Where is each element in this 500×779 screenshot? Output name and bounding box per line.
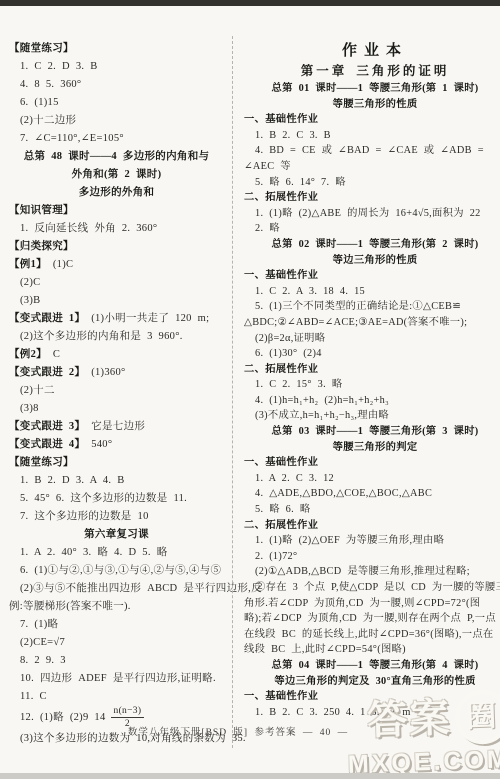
answer-line: 【例1】 (1)C: [9, 256, 224, 274]
answer-line: △BDC;②∠ABD=∠ACE;③AE=AD(答案不唯一);: [244, 315, 500, 331]
answer-line: 总第 03 课时——1 等腰三角形(第 3 课时): [244, 424, 500, 440]
answer-line: 一、基础性作业: [244, 455, 500, 471]
answer-line: 1. B 2. C 3. 250 4. 1 5. 21 m: [244, 705, 500, 721]
answer-line: 【随堂练习】: [9, 454, 224, 472]
answer-line: 【变式跟进 4】 540°: [9, 436, 224, 454]
answer-line: 总第 02 课时——1 等腰三角形(第 2 课时): [244, 237, 500, 253]
answer-line: (2)十二: [9, 382, 224, 400]
answer-line: 外角和(第 2 课时): [9, 166, 224, 184]
answer-line: 1. B 2. D 3. A 4. B: [9, 472, 224, 490]
answer-line: 1. (1)略 (2)△OEF 为等腰三角形,理由略: [244, 533, 500, 549]
answer-line: 1. C 2. A 3. 18 4. 15: [244, 284, 500, 300]
answer-line: 7. 这个多边形的边数是 10: [9, 508, 224, 526]
answer-line: (2)①△ADB,△BCD 是等腰三角形,推理过程略;: [244, 564, 500, 580]
answer-line: 总第 01 课时——1 等腰三角形(第 1 课时): [244, 81, 500, 97]
two-column-layout: 【随堂练习】1. C 2. D 3. B4. 8 5. 360°6. (1)15…: [0, 6, 500, 748]
answer-line: 5. (1)三个不同类型的正确结论是:①△CEB≌: [244, 299, 500, 315]
answer-line: 【归类探究】: [9, 238, 224, 256]
answer-line: 一、基础性作业: [244, 689, 500, 705]
answer-line: 作业本: [244, 40, 500, 62]
answer-line: 1. A 2. 40° 3. 略 4. D 5. 略: [9, 544, 224, 562]
answer-line: 线段 BC 上,此时∠CPD=54°(图略): [244, 642, 500, 658]
answer-line: 等边三角形的判定及 30°直角三角形的性质: [244, 674, 500, 690]
answer-line: 5. 略 6. 14° 7. 略: [244, 175, 500, 191]
answer-line: 1. C 2. D 3. B: [9, 58, 224, 76]
answer-line: 4. (1)h=h₁+h₂ (2)h=h₁+h₂+h₃: [244, 393, 500, 409]
answer-line: (3)B: [9, 292, 224, 310]
answer-line: 【变式跟进 3】 它是七边形: [9, 418, 224, 436]
answer-line: ②存在 3 个点 P,使△CDP 是以 CD 为一腰的等腰三: [244, 580, 500, 596]
answer-line: 第六章复习课: [9, 526, 224, 544]
answer-line: 2. (1)72°: [244, 549, 500, 565]
answer-line: (2)十二边形: [9, 112, 224, 130]
answer-line: (3)不成立,h=h₁+h₂−h₃,理由略: [244, 408, 500, 424]
answer-line: 11. C: [9, 688, 224, 706]
answer-line: (3)8: [9, 400, 224, 418]
answer-line: 1. C 2. 15° 3. 略: [244, 377, 500, 393]
answer-line: 4. BD = CE 或 ∠BAD = ∠CAE 或 ∠ADB =: [244, 143, 500, 159]
answer-line: 1. A 2. C 3. 12: [244, 471, 500, 487]
answer-line: 6. (1)①与②,①与③,①与④,②与⑤,④与⑤: [9, 562, 224, 580]
answer-line: 1. 反向延长线 外角 2. 360°: [9, 220, 224, 238]
answer-line: 6. (1)15: [9, 94, 224, 112]
answer-line: 8. 2 9. 3: [9, 652, 224, 670]
answer-line: ∠AEC 等: [244, 159, 500, 175]
left-column: 【随堂练习】1. C 2. D 3. B4. 8 5. 360°6. (1)15…: [0, 36, 232, 748]
answer-line: 2. 略: [244, 221, 500, 237]
answer-line: 角形.若∠CDP 为顶角,CD 为一腰,则∠CPD=72°(图: [244, 596, 500, 612]
answer-line: 第一章 三角形的证明: [244, 62, 500, 81]
answer-line: 等腰三角形的判定: [244, 440, 500, 456]
answer-book-page: 【随堂练习】1. C 2. D 3. B4. 8 5. 360°6. (1)15…: [0, 0, 500, 779]
answer-line: (2)C: [9, 274, 224, 292]
answer-line: (2)β=2α,证明略: [244, 331, 500, 347]
answer-line: 二、拓展性作业: [244, 518, 500, 534]
scan-bottom-edge: [0, 773, 500, 779]
answer-line: 在线段 BC 的延长线上,此时∠CPD=36°(图略),一点在: [244, 627, 500, 643]
answer-line: 例:等腰梯形(答案不唯一).: [9, 598, 224, 616]
answer-line: (2)这个多边形的内角和是 3 960°.: [9, 328, 224, 346]
answer-line: 等腰三角形的性质: [244, 97, 500, 113]
right-column: 作业本第一章 三角形的证明总第 01 课时——1 等腰三角形(第 1 课时)等腰…: [232, 36, 500, 748]
answer-line: 10. 四边形 ADEF 是平行四边形,证明略.: [9, 670, 224, 688]
answer-line: 【例2】 C: [9, 346, 224, 364]
answer-line: 7. (1)略: [9, 616, 224, 634]
answer-line: 多边形的外角和: [9, 184, 224, 202]
answer-line: 二、拓展性作业: [244, 362, 500, 378]
page-footer: 数学八年级下册[BSD 版] 参考答案 — 40 —: [0, 724, 488, 738]
answer-line: (2)③与⑤不能推出四边形 ABCD 是平行四边形,反: [9, 580, 224, 598]
answer-line: 【变式跟进 1】 (1)小明一共走了 120 m;: [9, 310, 224, 328]
answer-line: 1. B 2. C 3. B: [244, 128, 500, 144]
answer-line: 【变式跟进 2】 (1)360°: [9, 364, 224, 382]
answer-line: 6. (1)30° (2)4: [244, 346, 500, 362]
answer-line: 总第 48 课时——4 多边形的内角和与: [9, 148, 224, 166]
answer-line: 一、基础性作业: [244, 112, 500, 128]
answer-line: (2)CE=√7: [9, 634, 224, 652]
answer-line: 二、拓展性作业: [244, 190, 500, 206]
answer-line: 7. ∠C=110°,∠E=105°: [9, 130, 224, 148]
answer-line: 一、基础性作业: [244, 268, 500, 284]
answer-line: 4. △ADE,△BDO,△COE,△BOC,△ABC: [244, 486, 500, 502]
answer-line: 略);若∠DCP 为顶角,CD 为一腰,则存在两个点 P,一点: [244, 611, 500, 627]
answer-line: 5. 45° 6. 这个多边形的边数是 11.: [9, 490, 224, 508]
answer-line: 5. 略 6. 略: [244, 502, 500, 518]
answer-line: 1. (1)略 (2)△ABE 的周长为 16+4√5,面积为 22: [244, 206, 500, 222]
answer-line: 总第 04 课时——1 等腰三角形(第 4 课时): [244, 658, 500, 674]
answer-line: 4. 8 5. 360°: [9, 76, 224, 94]
answer-line: 【知识管理】: [9, 202, 224, 220]
answer-line: 等边三角形的性质: [244, 253, 500, 269]
answer-line: 【随堂练习】: [9, 40, 224, 58]
